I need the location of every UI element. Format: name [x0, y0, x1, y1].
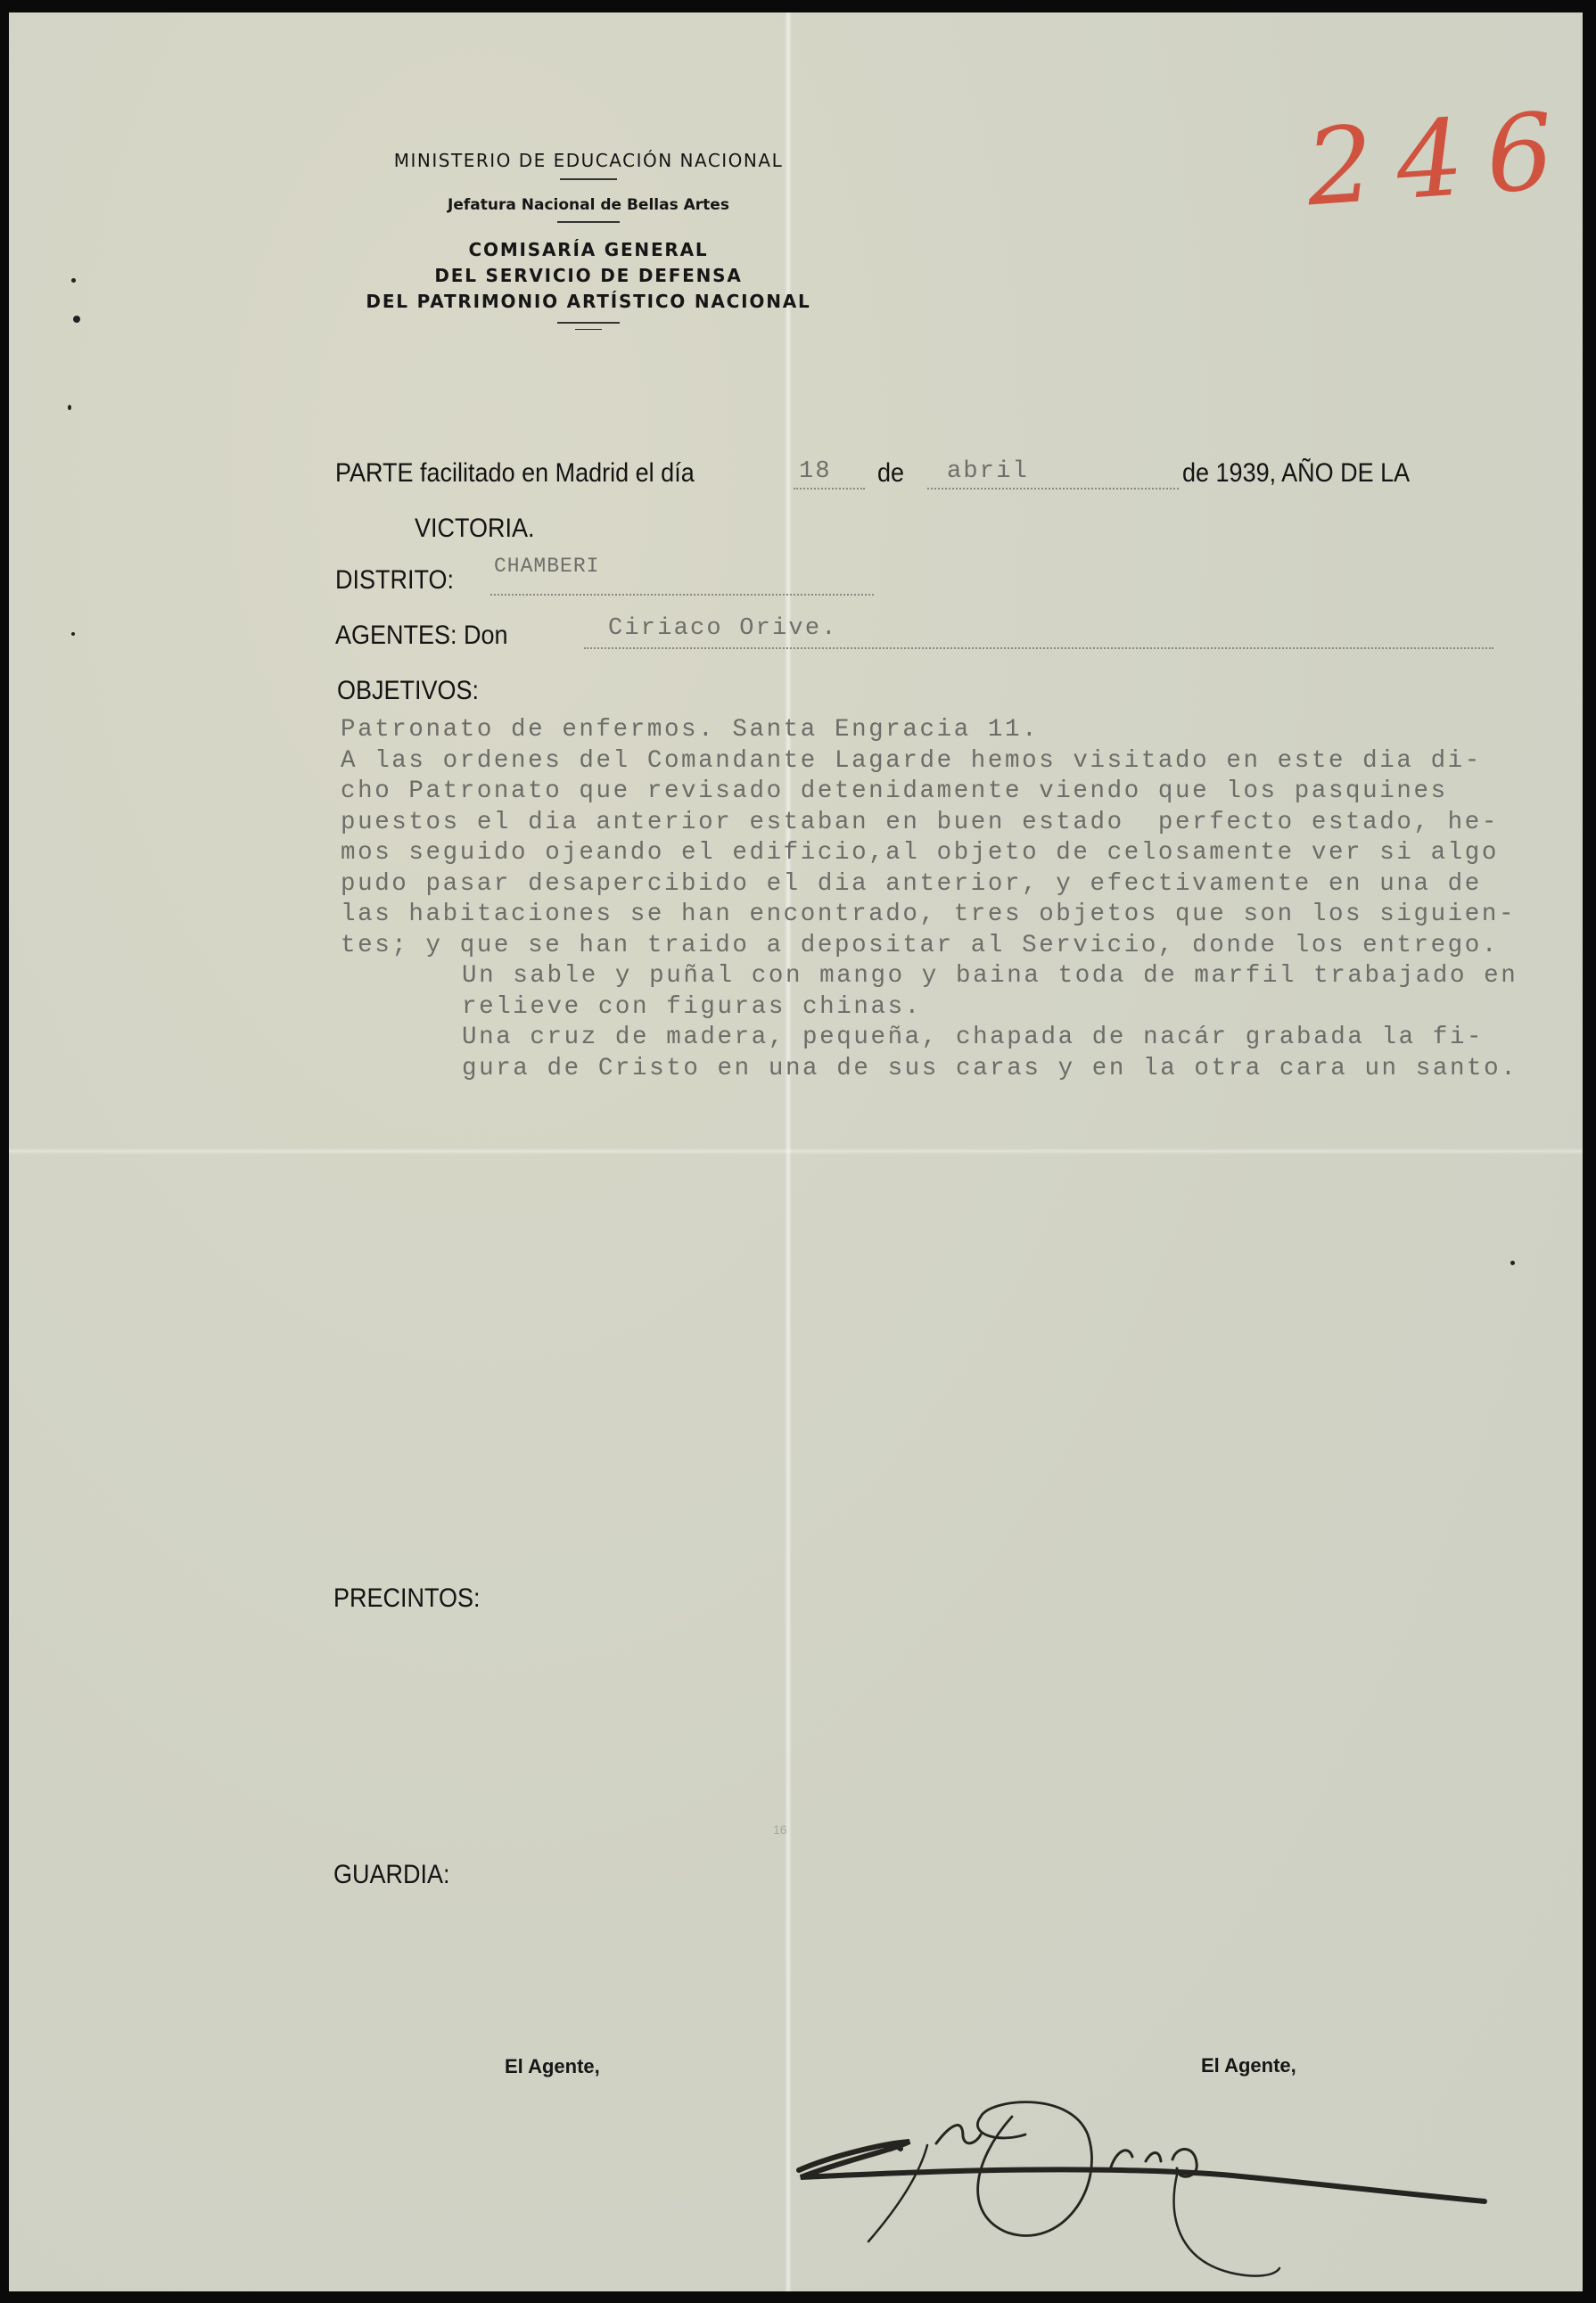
distrito-field-line — [490, 594, 874, 596]
divider — [557, 322, 620, 324]
letterhead: MINISTERIO DE EDUCACIÓN NACIONAL Jefatur… — [330, 146, 847, 330]
objetivos-label: OBJETIVOS: — [337, 676, 479, 706]
signature-icon — [794, 2081, 1525, 2286]
objetivos-line: Un sable y puñal con mango y baina toda … — [341, 961, 1518, 992]
ministry-name: MINISTERIO DE EDUCACIÓN NACIONAL — [330, 150, 847, 171]
objetivos-line: Patronato de enfermos. Santa Engracia 11… — [341, 715, 1518, 746]
de-label: de — [877, 458, 904, 489]
comisaria-line: DEL PATRIMONIO ARTÍSTICO NACIONAL — [330, 289, 847, 315]
objetivos-line: mos seguido ojeando el edificio,al objet… — [341, 838, 1518, 869]
faint-mark: 16 — [773, 1822, 787, 1837]
objetivos-line: cho Patronato que revisado detenidamente… — [341, 777, 1518, 808]
guardia-label: GUARDIA: — [333, 1860, 450, 1890]
left-agent-label: El Agente, — [505, 2055, 600, 2078]
comisaria-name: COMISARÍA GENERAL DEL SERVICIO DE DEFENS… — [330, 237, 847, 315]
objetivos-line: gura de Cristo en una de sus caras y en … — [341, 1054, 1518, 1085]
parte-prefix: PARTE facilitado en Madrid el día — [335, 458, 695, 489]
month-value: abril — [947, 458, 1029, 485]
comisaria-line: COMISARÍA GENERAL — [330, 237, 847, 263]
distrito-value: CHAMBERI — [494, 555, 599, 578]
objetivos-line: A las ordenes del Comandante Lagarde hem… — [341, 746, 1518, 777]
objetivos-line: pudo pasar desapercibido el dia anterior… — [341, 869, 1518, 901]
day-field-line — [794, 488, 865, 489]
precintos-label: PRECINTOS: — [333, 1583, 481, 1614]
divider — [560, 178, 617, 180]
parte-suffix: de 1939, AÑO DE LA — [1182, 458, 1410, 489]
agentes-label: AGENTES: Don — [335, 621, 508, 651]
objetivos-line: relieve con figuras chinas. — [341, 992, 1518, 1024]
divider — [575, 329, 602, 330]
folio-number: 246 — [1303, 88, 1581, 230]
agentes-field-line — [584, 647, 1493, 649]
month-field-line — [927, 488, 1179, 489]
divider — [557, 221, 620, 223]
agentes-value: Ciriaco Orive. — [608, 615, 838, 642]
objetivos-line: puestos el dia anterior estaban en buen … — [341, 808, 1518, 839]
distrito-label: DISTRITO: — [335, 565, 454, 596]
objetivos-line: tes; y que se han traido a depositar al … — [341, 931, 1518, 962]
jefatura-name: Jefatura Nacional de Bellas Artes — [330, 196, 847, 214]
victoria-text: VICTORIA. — [415, 514, 535, 544]
comisaria-line: DEL SERVICIO DE DEFENSA — [330, 263, 847, 289]
objetivos-text: Patronato de enfermos. Santa Engracia 11… — [341, 715, 1518, 1084]
objetivos-line: las habitaciones se han encontrado, tres… — [341, 900, 1518, 931]
objetivos-line: Una cruz de madera, pequeña, chapada de … — [341, 1023, 1518, 1054]
day-value: 18 — [799, 458, 832, 485]
right-agent-label: El Agente, — [1201, 2054, 1296, 2077]
document-page: MINISTERIO DE EDUCACIÓN NACIONAL Jefatur… — [9, 12, 1583, 2291]
